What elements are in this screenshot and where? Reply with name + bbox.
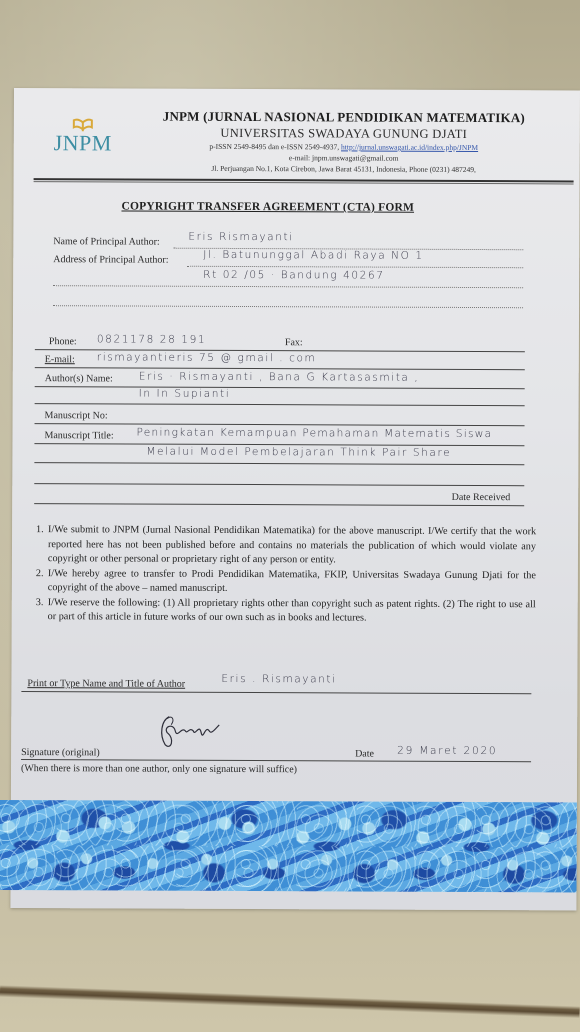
jnpm-logo: JNPM xyxy=(48,118,118,154)
letterhead: JNPM (JURNAL NASIONAL PENDIDIKAN MATEMAT… xyxy=(144,109,544,176)
term-item: 2. I/We hereby agree to transfer to Prod… xyxy=(36,567,536,598)
signature-row: Signature (original) Date 29 Maret 2020 xyxy=(21,744,531,762)
print-name-row: Print or Type Name and Title of Author E… xyxy=(21,676,531,694)
address-line1-value[interactable]: Jl. Batununggal Abadi Raya NO 1 xyxy=(203,249,424,262)
signature-date-label: Date xyxy=(355,748,374,759)
signature-label: Signature (original) xyxy=(21,747,100,758)
term-item: 3. I/We reserve the following: (1) All p… xyxy=(36,596,536,627)
underline xyxy=(34,462,524,465)
journal-link[interactable]: http://jurnal.unswagati.ac.id/index.php/… xyxy=(341,142,478,152)
phone-value[interactable]: 0821178 28 191 xyxy=(97,333,206,345)
principal-author-value[interactable]: Eris Rismayanti xyxy=(188,231,293,243)
manuscript-title-line2-value[interactable]: Melalui Model Pembelajaran Think Pair Sh… xyxy=(146,446,451,459)
signature-note: (When there is more than one author, onl… xyxy=(21,763,297,775)
print-name-value[interactable]: Eris . Rismayanti xyxy=(221,673,336,686)
email-value[interactable]: rismayantieris 75 @ gmail . com xyxy=(97,351,317,364)
underline xyxy=(21,691,531,694)
underline xyxy=(21,759,531,762)
principal-author-label: Name of Principal Author: xyxy=(53,236,159,247)
date-received-label: Date Received xyxy=(452,492,511,503)
address-line: Jl. Perjuangan No.1, Kota Cirebon, Jawa … xyxy=(144,163,544,176)
underline xyxy=(34,483,524,486)
logo-text: JNPM xyxy=(48,132,118,154)
print-name-label: Print or Type Name and Title of Author xyxy=(27,678,185,690)
phone-row: Phone: 0821178 28 191 Fax: xyxy=(35,334,525,352)
dotted-line xyxy=(53,285,523,288)
address-row-3 xyxy=(53,292,523,308)
authors-row-2: In In Supianti xyxy=(35,388,525,406)
fax-label: Fax: xyxy=(285,337,303,348)
underline xyxy=(35,423,525,426)
underline xyxy=(35,403,525,406)
principal-author-row: Name of Principal Author: Eris Rismayant… xyxy=(53,234,523,250)
dotted-line xyxy=(187,266,523,268)
manuscript-title-row: Manuscript Title: Peningkatan Kemampuan … xyxy=(34,428,524,446)
underline xyxy=(34,503,524,506)
signature-date-value[interactable]: 29 Maret 2020 xyxy=(397,745,497,757)
phone-label: Phone: xyxy=(49,336,77,347)
term-text: I/We hereby agree to transfer to Prodi P… xyxy=(48,567,536,598)
email-label: E-mail: xyxy=(45,354,75,365)
term-text: I/We reserve the following: (1) All prop… xyxy=(48,596,536,627)
term-item: 1. I/We submit to JNPM (Jurnal Nasional … xyxy=(36,523,536,569)
authors-label: Author(s) Name: xyxy=(45,373,113,384)
manuscript-title-line1-value[interactable]: Peningkatan Kemampuan Pemahaman Matemati… xyxy=(136,427,492,441)
journal-title: JNPM (JURNAL NASIONAL PENDIDIKAN MATEMAT… xyxy=(144,109,544,127)
form-title: COPYRIGHT TRANSFER AGREEMENT (CTA) FORM xyxy=(121,200,414,213)
cta-form-document: JNPM JNPM (JURNAL NASIONAL PENDIDIKAN MA… xyxy=(10,88,580,910)
manuscript-title-row-2: Melalui Model Pembelajaran Think Pair Sh… xyxy=(34,447,524,465)
email-row: E-mail: rismayantieris 75 @ gmail . com xyxy=(35,352,525,370)
address-label: Address of Principal Author: xyxy=(53,254,168,266)
manuscript-title-label: Manuscript Title: xyxy=(44,430,113,441)
issn-text: p-ISSN 2549-8495 dan e-ISSN 2549-4937, xyxy=(209,142,341,152)
term-number: 2. xyxy=(36,567,48,596)
authors-line2-value[interactable]: In In Supianti xyxy=(139,388,231,400)
batik-footer-band xyxy=(0,800,577,893)
manuscript-no-row: Manuscript No: xyxy=(35,408,525,426)
address-line2-value[interactable]: Rt 02 /05 · Bandung 40267 xyxy=(203,269,384,282)
term-number: 1. xyxy=(36,523,48,567)
term-number: 3. xyxy=(36,596,48,625)
authors-row: Author(s) Name: Eris · Rismayanti , Bana… xyxy=(35,371,525,389)
university-name: UNIVERSITAS SWADAYA GUNUNG DJATI xyxy=(144,126,544,143)
address-row-2: Rt 02 /05 · Bandung 40267 xyxy=(53,272,523,288)
blank-row xyxy=(34,468,524,486)
batik-cloud-pattern xyxy=(0,800,577,893)
authors-line1-value[interactable]: Eris · Rismayanti , Bana G Kartasasmita … xyxy=(139,371,420,384)
underline xyxy=(35,367,525,370)
term-text: I/We submit to JNPM (Jurnal Nasional Pen… xyxy=(48,523,536,569)
terms-list: 1. I/We submit to JNPM (Jurnal Nasional … xyxy=(36,523,536,627)
dotted-line xyxy=(53,305,523,308)
date-received-row: Date Received xyxy=(34,488,524,506)
address-row: Address of Principal Author: Jl. Batunun… xyxy=(53,252,523,268)
manuscript-no-label: Manuscript No: xyxy=(45,410,108,421)
